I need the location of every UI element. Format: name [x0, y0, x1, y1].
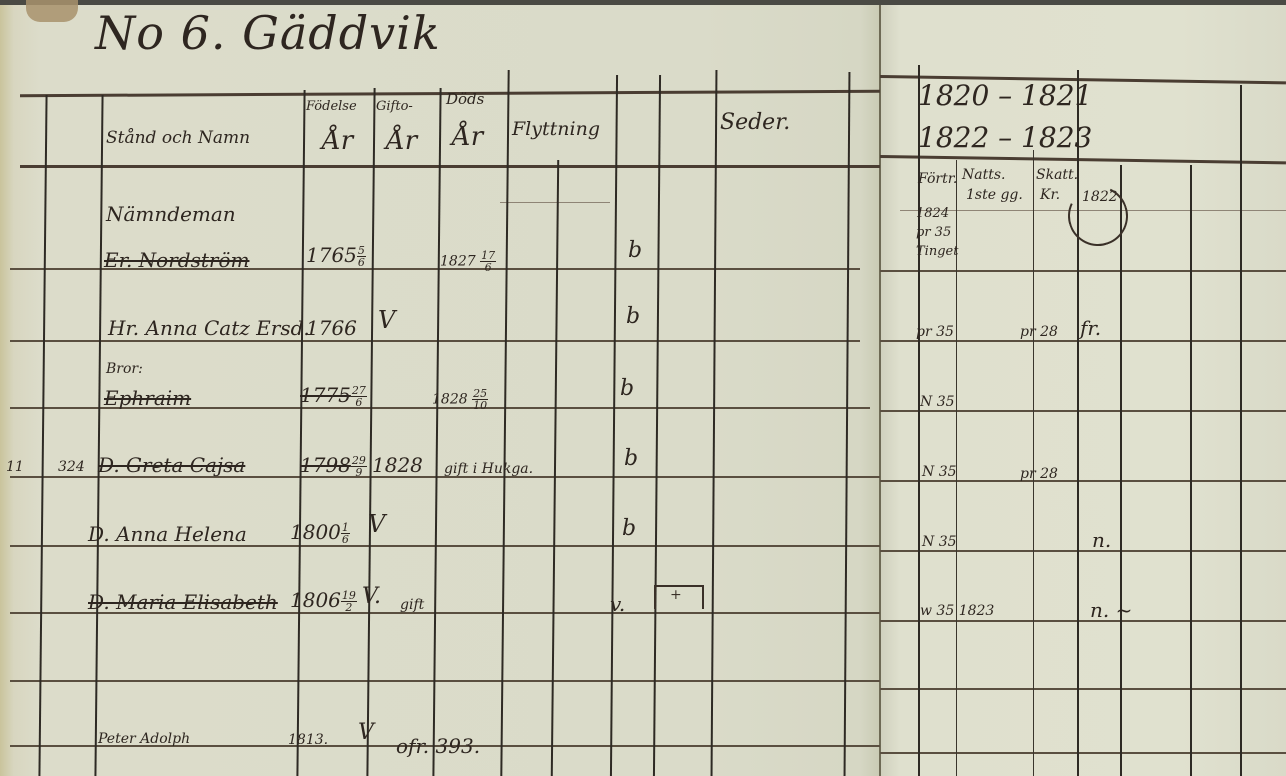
- entry-death: 1827 176: [440, 250, 496, 273]
- cell-fortr: N 35: [922, 465, 957, 479]
- entry-birth: 176556: [306, 245, 366, 268]
- cell-fortr: N 35: [920, 395, 955, 409]
- row-rule: [880, 270, 1286, 272]
- header-flyttning: Flyttning: [512, 120, 600, 139]
- entry-mark: b: [624, 448, 638, 470]
- header-seder: Seder.: [720, 112, 790, 134]
- entry-house-number: 324: [58, 460, 85, 474]
- scanner-thumb-shadow: [26, 0, 78, 22]
- row-rule: [10, 680, 880, 682]
- entry-marriage: V: [378, 308, 395, 332]
- entry-name: D. Anna Helena: [88, 524, 247, 544]
- entry-death-note: gift: [400, 598, 424, 612]
- header-gifto-bottom: År: [386, 128, 417, 154]
- year-header-1822: 1822 – 1823: [918, 124, 1092, 152]
- entry-mark: b: [620, 378, 634, 400]
- entry-name: Ephraim: [104, 388, 191, 408]
- entry-move: gift i Hukga.: [444, 462, 533, 476]
- entry-marriage: V: [358, 722, 374, 744]
- header-gifto-top: Gifto-: [376, 100, 413, 113]
- column-rule: [1120, 165, 1122, 776]
- cell-fortr: 1824 pr 35 Tinget: [916, 205, 958, 262]
- entry-birth: 180016: [290, 522, 350, 545]
- entry-title-namndeman: Nämndeman: [106, 204, 236, 224]
- entry-name: D. Greta Cajsa: [98, 455, 245, 475]
- entry-mark: v.: [610, 594, 625, 614]
- bracket-cross-symbol: +: [654, 585, 704, 609]
- header-fodelse-top: Födelse: [306, 100, 357, 113]
- entry-name: Er. Nordström: [104, 250, 249, 270]
- entry-marriage: 1828: [372, 455, 423, 475]
- entry-birth: 1775276: [300, 385, 367, 408]
- entry-title-bror: Bror:: [106, 362, 143, 376]
- row-rule: [880, 550, 1286, 552]
- entry-birth: 1806192: [290, 590, 357, 613]
- entry-row-number: 11: [6, 460, 24, 474]
- entry-birth: 1798299: [300, 455, 367, 478]
- cell-note: n. ~: [1090, 600, 1132, 620]
- header-bottom-rule: [20, 165, 880, 168]
- entry-mark: b: [628, 240, 642, 262]
- row-rule: [880, 410, 1286, 412]
- entry-birth: 1766: [306, 318, 357, 338]
- cell-fortr: N 35: [922, 535, 957, 549]
- subheader-fortr: Förtr.: [918, 172, 957, 186]
- entry-marriage: V: [368, 512, 385, 536]
- row-rule-partial: [500, 202, 610, 203]
- entry-mark: b: [626, 306, 640, 328]
- cell-note: fr.: [1080, 318, 1101, 338]
- row-rule: [880, 752, 1286, 754]
- row-rule: [10, 340, 860, 342]
- book-gutter: [879, 5, 881, 776]
- row-rule: [880, 340, 1286, 342]
- cell-fortr: w 35 1823: [920, 604, 994, 618]
- entry-mark: b: [622, 518, 636, 540]
- subheader-skatt-top: Skatt.: [1036, 168, 1078, 182]
- entry-name: Hr. Anna Catz Ersd.: [108, 318, 310, 338]
- entry-name: D. Maria Elisabeth: [88, 592, 278, 612]
- cell-fortr: pr 35: [916, 325, 954, 339]
- header-stand-namn: Stånd och Namn: [106, 130, 250, 147]
- entry-death: 1828 2510: [432, 388, 488, 411]
- entry-name: Peter Adolph: [98, 732, 190, 746]
- year-header-1820: 1820 – 1821: [918, 82, 1092, 110]
- cell-skatt: pr 28: [1020, 467, 1058, 481]
- header-dods-top: Döds: [446, 92, 484, 107]
- header-dods-bottom: År: [452, 124, 483, 150]
- row-rule: [880, 620, 1286, 622]
- header-fodelse-bottom: År: [322, 128, 353, 154]
- entry-marriage: V.: [362, 586, 381, 608]
- column-rule: [1033, 150, 1034, 776]
- row-rule: [880, 688, 1286, 690]
- page-title: No 6. Gäddvik: [95, 10, 441, 56]
- column-rule: [1190, 165, 1192, 776]
- entry-reference: ofr. 393.: [396, 736, 480, 756]
- cell-note: n.: [1092, 530, 1111, 550]
- subheader-natts-top: Natts.: [962, 168, 1005, 182]
- subheader-skatt-bottom: Kr.: [1040, 188, 1060, 202]
- row-rule: [880, 480, 1286, 482]
- column-rule: [1240, 85, 1242, 776]
- entry-birth: 1813.: [288, 733, 328, 747]
- subheader-natts-bottom: 1ste gg.: [966, 188, 1023, 202]
- cell-skatt: pr 28: [1020, 325, 1058, 339]
